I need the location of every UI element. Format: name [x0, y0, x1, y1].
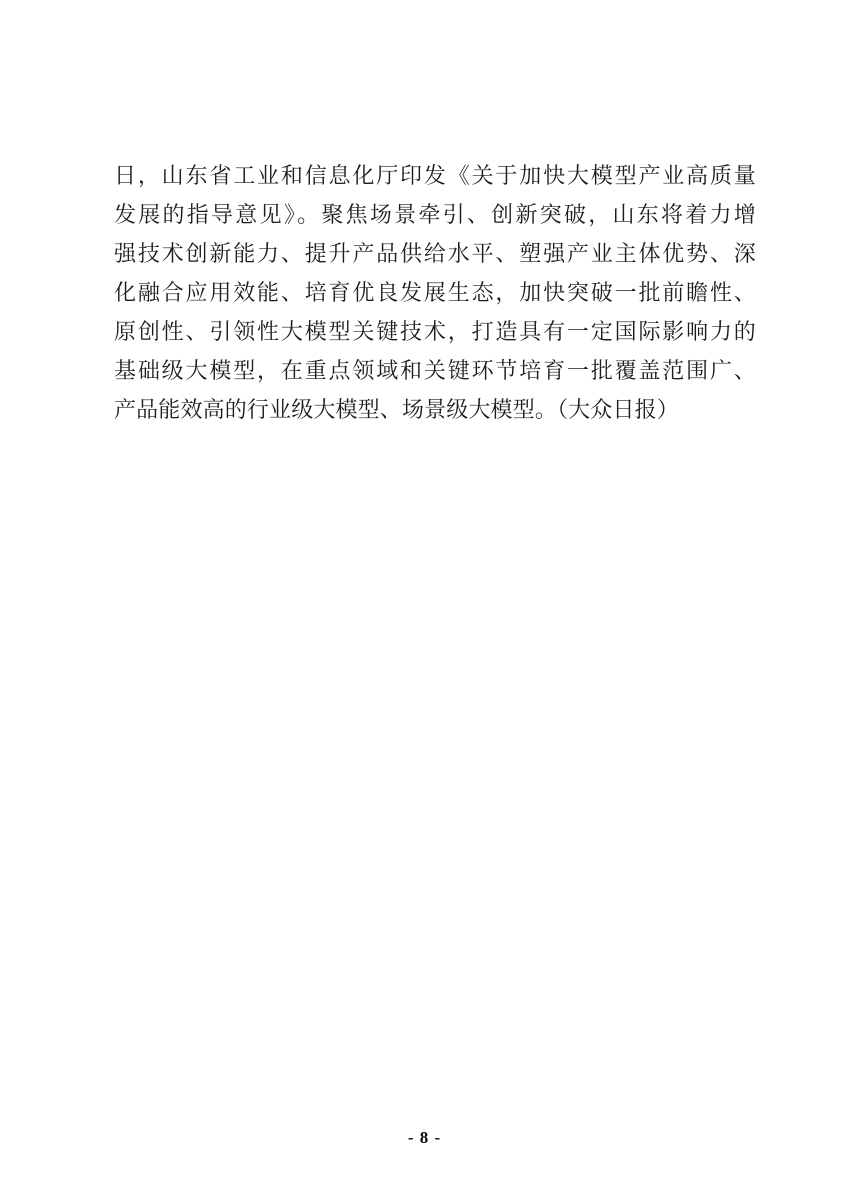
paragraph-line: 发展的指导意见》。聚焦场景牵引、创新突破，山东将着力增: [114, 195, 756, 234]
paragraph-line: 原创性、引领性大模型关键技术，打造具有一定国际影响力的: [114, 312, 756, 351]
paragraph-line: 化融合应用效能、培育优良发展生态，加快突破一批前瞻性、: [114, 273, 756, 312]
page-footer: - 8 -: [0, 1128, 849, 1148]
document-page: 日，山东省工业和信息化厅印发《关于加快大模型产业高质量 发展的指导意见》。聚焦场…: [0, 0, 849, 1200]
paragraph-line: 基础级大模型，在重点领域和关键环节培育一批覆盖范围广、: [114, 351, 756, 390]
paragraph-line: 日，山东省工业和信息化厅印发《关于加快大模型产业高质量: [114, 156, 756, 195]
page-number: - 8 -: [408, 1128, 441, 1148]
body-paragraph: 日，山东省工业和信息化厅印发《关于加快大模型产业高质量 发展的指导意见》。聚焦场…: [114, 156, 756, 429]
paragraph-line: 强技术创新能力、提升产品供给水平、塑强产业主体优势、深: [114, 234, 756, 273]
paragraph-line: 产品能效高的行业级大模型、场景级大模型。（大众日报）: [114, 390, 756, 429]
